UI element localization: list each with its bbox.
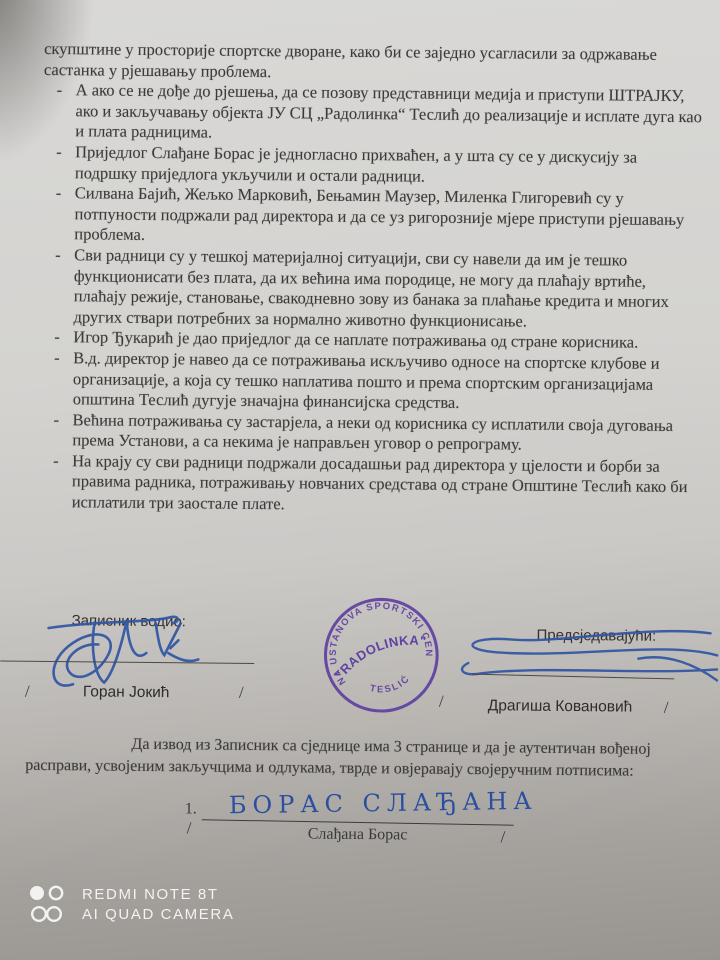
chairman-name: Драгиша Ковановић — [488, 697, 633, 716]
chairman-signature-ink — [438, 623, 719, 696]
slash-mark: / — [664, 698, 669, 718]
recorder-name: Горан Јокић — [83, 683, 170, 702]
paper-page: скупштине у просторије спортске дворане,… — [0, 0, 720, 960]
bullet-item: На крају су сви радници подржали досадаш… — [40, 451, 701, 519]
slash-mark: / — [25, 682, 30, 702]
slash-mark: / — [187, 818, 192, 838]
bullet-list: А ако се не дође до рјешења, да се позов… — [40, 80, 704, 519]
document-photo: скупштине у просторије спортске дворане,… — [0, 0, 720, 960]
svg-text:TESLIĆ: TESLIĆ — [366, 671, 415, 701]
camera-watermark: REDMI NOTE 8T AI QUAD CAMERA — [28, 884, 234, 924]
bullet-item: Силвана Бајић, Жељко Марковић, Бењамин М… — [42, 183, 703, 251]
slash-mark: / — [500, 827, 505, 847]
handwritten-signature-name: Борас Слађана — [229, 787, 519, 819]
watermark-line1: REDMI NOTE 8T — [82, 886, 234, 903]
stamp-bottom-text: TESLIĆ — [366, 671, 415, 701]
radolinka-stamp: JAVNA USTANOVA SPORTSKI CENTAR TESLIĆ "R… — [303, 577, 460, 734]
bullet-item: В.д. директор је навео да се потраживања… — [41, 348, 702, 416]
attestation-printed-name: Слађана Борас — [202, 824, 514, 845]
quad-camera-icon — [28, 884, 68, 924]
body-text: скупштине у просторије спортске дворане,… — [40, 39, 705, 519]
watermark-line2: AI QUAD CAMERA — [82, 906, 234, 923]
bullet-item: А ако се не дође до рјешења, да се позов… — [43, 80, 704, 148]
closing-paragraph: Да извод из Записник са сједнице има 3 с… — [25, 733, 707, 783]
intro-paragraph: скупштине у просторије спортске дворане,… — [44, 39, 704, 87]
bullet-item: Приједлог Слађане Борас је једногласно п… — [43, 142, 703, 190]
watermark-text: REDMI NOTE 8T AI QUAD CAMERA — [82, 886, 234, 923]
attestation-number: 1. — [185, 800, 197, 818]
slash-mark: / — [439, 692, 444, 712]
slash-mark: / — [239, 683, 244, 703]
bullet-item: Сви радници су у тешкој материјалној сит… — [41, 245, 702, 334]
bullet-item: Већина потраживања су застарјела, а неки… — [40, 410, 700, 458]
